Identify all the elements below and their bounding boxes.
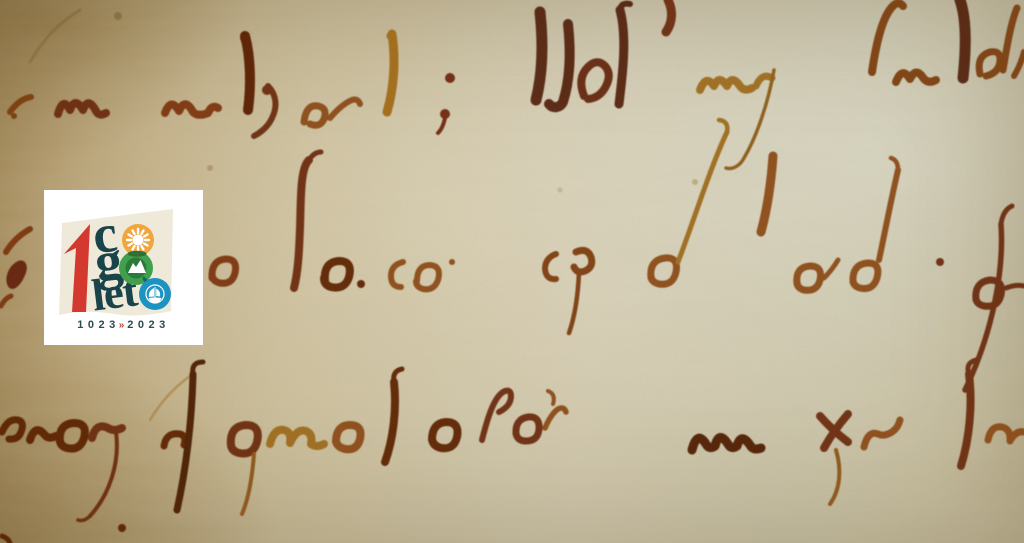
manuscript-photo: 1 c g let: [0, 0, 1024, 543]
years-separator: »: [119, 320, 125, 331]
logo-years: 1023 » 2023: [44, 315, 203, 335]
year-end: 2023: [127, 319, 169, 331]
year-start: 1023: [77, 319, 119, 331]
cogoleto-millennium-logo: 1 c g let: [44, 190, 203, 345]
